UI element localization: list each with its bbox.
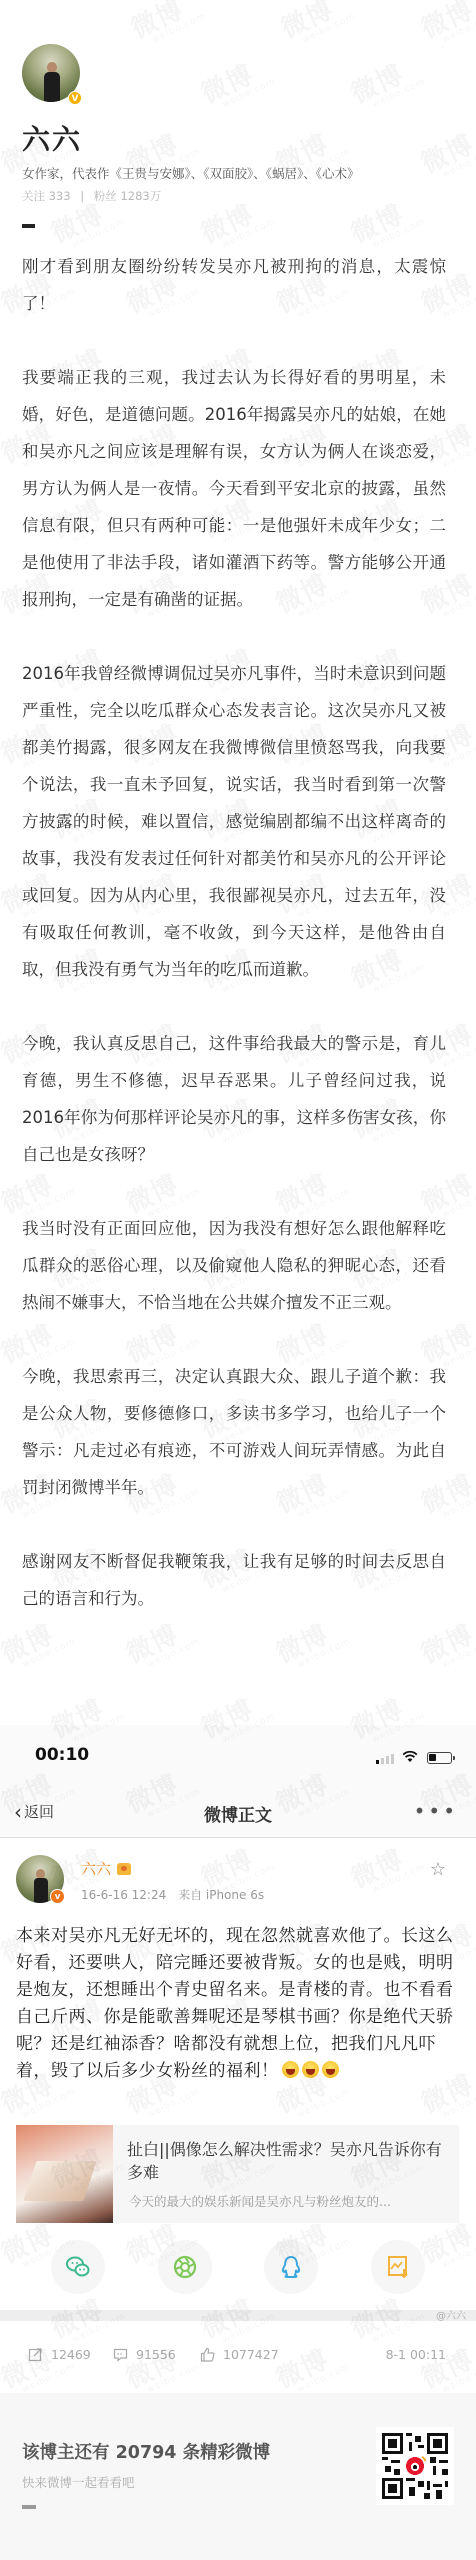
crown-icon [117, 1863, 131, 1875]
signal-icon [376, 1754, 394, 1764]
book-thumbnail [16, 2125, 113, 2223]
author-name-text: 六六 [81, 1858, 111, 1879]
status-bar: 00:10 [0, 1725, 476, 1789]
laugh-emoji-icon [322, 2061, 339, 2078]
post-text: 本来对吴亦凡无好无坏的，现在忽然就喜欢他了。长这么好看，还要哄人，陪完睡还要被背… [16, 1923, 460, 2085]
favorite-star-icon[interactable]: ☆ [430, 1859, 446, 1880]
nav-title: 微博正文 [0, 1801, 476, 1826]
verified-icon: v [50, 1889, 65, 1904]
qr-code[interactable] [376, 2427, 454, 2505]
save-image-button[interactable] [371, 2240, 425, 2294]
author-name[interactable]: 六六 [81, 1858, 131, 1879]
article-paragraph: 我当时没有正面回应他，因为我没有想好怎么跟他解释吃瓜群众的恶俗心理，以及偷窥他人… [22, 1210, 446, 1321]
repost-button[interactable]: 12469 [28, 2347, 91, 2362]
share-qq-button[interactable] [264, 2240, 318, 2294]
avatar-wrap[interactable]: V [22, 44, 80, 102]
comment-icon [113, 2347, 128, 2362]
status-time: 00:10 [35, 1745, 89, 1765]
post-date: 16-6-16 12:24 [81, 1888, 166, 1902]
following-count: 333 [49, 189, 71, 203]
following-label: 关注 [22, 189, 45, 203]
followers-count: 1283万 [120, 189, 161, 203]
article-paragraph: 感谢网友不断督促我鞭策我，让我有足够的时间去反思自己的语言和行为。 [22, 1543, 446, 1617]
comment-button[interactable]: 91556 [113, 2347, 176, 2362]
post-meta: 16-6-16 12:24 来自 iPhone 6s [81, 1886, 264, 1903]
stats-separator: | [80, 189, 84, 203]
post-author: v 六六 16-6-16 12:24 来自 iPhone 6s ☆ [16, 1855, 460, 1905]
like-button[interactable]: 1077427 [200, 2347, 279, 2362]
gray-separator [0, 2310, 476, 2321]
post-source: 来自 iPhone 6s [178, 1888, 264, 1902]
followers-label: 粉丝 [94, 189, 117, 203]
laugh-emoji-icon [302, 2061, 319, 2078]
link-card-title: 扯白||偶像怎么解决性需求？吴亦凡告诉你有多难 [127, 2138, 447, 2184]
post-text-body: 本来对吴亦凡无好无坏的，现在忽然就喜欢他了。长这么好看，还要哄人，陪完睡还要被背… [16, 1926, 454, 2081]
footer-dash [22, 2505, 36, 2509]
like-count: 1077427 [223, 2347, 279, 2362]
article-paragraph: 我要端正我的三观，我过去认为长得好看的男明星，未婚，好色，是道德问题。2016年… [22, 359, 446, 618]
battery-icon [427, 1752, 452, 1764]
repost-count: 12469 [51, 2347, 91, 2362]
profile-bio: 女作家，代表作《王贵与安娜》、《双面胶》、《蜗居》、《心术》 [22, 164, 462, 182]
wechat-icon [64, 2253, 92, 2281]
share-moments-button[interactable] [158, 2240, 212, 2294]
article-paragraph: 今晚，我认真反思自己，这件事给我最大的警示是，育儿育德，男生不修德，迟早吞恶果。… [22, 1025, 446, 1173]
embedded-screenshot: 00:10 ‹ 返回 微博正文 ••• v 六六 16-6-16 12:24 来… [0, 1725, 476, 2385]
qr-code-icon [382, 2433, 448, 2499]
profile-stats: 关注 333 | 粉丝 1283万 [22, 188, 462, 204]
article-paragraph: 2016年我曾经微博调侃过吴亦凡事件，当时未意识到问题严重性，完全以吃瓜群众心态… [22, 655, 446, 988]
thumbs-up-icon [200, 2347, 215, 2362]
link-card[interactable]: 扯白||偶像怎么解决性需求？吴亦凡告诉你有多难 今天的最大的娱乐新闻是吴亦凡与粉… [16, 2125, 459, 2223]
comment-count: 91556 [136, 2347, 176, 2362]
footer-promo[interactable]: 该博主还有 20794 条精彩微博 快来微博一起看看吧 [0, 2393, 476, 2560]
article-paragraph: 今晚，我思索再三，决定认真跟大众、跟儿子道个歉：我是公众人物，要修德修口，多读书… [22, 1358, 446, 1506]
share-wechat-button[interactable] [51, 2240, 105, 2294]
verified-icon: V [68, 91, 82, 105]
footer-subtitle: 快来微博一起看看吧 [22, 2473, 135, 2491]
qq-penguin-icon [277, 2253, 305, 2281]
profile-name: 六六 [22, 118, 462, 158]
post-counts: 12469 91556 1077427 8-1 00:11 [0, 2347, 476, 2369]
wifi-icon [402, 1749, 418, 1763]
profile-header: V 六六 女作家，代表作《王贵与安娜》、《双面胶》、《蜗居》、《心术》 关注 3… [22, 44, 462, 228]
save-image-icon [384, 2253, 412, 2281]
repost-icon [28, 2347, 43, 2362]
share-row [0, 2240, 476, 2300]
nav-bar: ‹ 返回 微博正文 ••• [0, 1789, 476, 1838]
more-options-icon[interactable]: ••• [414, 1799, 458, 1823]
weibo-author-watermark: @六六 [436, 2307, 466, 2322]
moments-shutter-icon [171, 2253, 199, 2281]
avatar-person [44, 62, 60, 102]
article-paragraph: 刚才看到朋友圈纷纷转发吴亦凡被刑拘的消息，太震惊了！ [22, 248, 446, 322]
avatar-person [34, 1869, 48, 1903]
footer-title: 该博主还有 20794 条精彩微博 [22, 2439, 270, 2464]
laugh-emoji-icon [282, 2061, 299, 2078]
link-card-description: 今天的最大的娱乐新闻是吴亦凡与粉丝炮友的... [129, 2192, 453, 2210]
divider-dash [22, 224, 35, 228]
article-body: 刚才看到朋友圈纷纷转发吴亦凡被刑拘的消息，太震惊了！ 我要端正我的三观，我过去认… [22, 248, 446, 1654]
post-timestamp: 8-1 00:11 [386, 2347, 446, 2362]
